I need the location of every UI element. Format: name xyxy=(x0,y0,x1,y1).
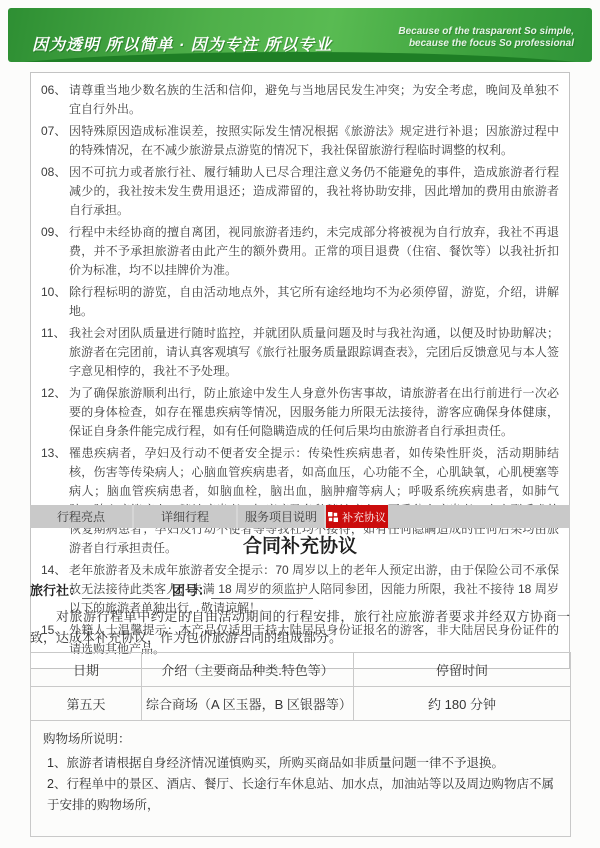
agency-group-form-line: 旅行社：团号： xyxy=(30,580,570,599)
tab-service-items[interactable]: 服务项目说明 xyxy=(238,505,326,528)
terms-item: 11、 我社会对团队质量进行随时监控，并就团队质量问题及时与我社沟通，以便及时协… xyxy=(41,324,559,381)
header-banner: 因为透明 所以简单 · 因为专注 所以专业 Because of the tra… xyxy=(8,8,592,62)
tab-supplementary-agreement[interactable]: 补充协议 xyxy=(326,505,388,528)
header-date: 日期 xyxy=(31,653,142,687)
agreement-title: 合同补充协议 xyxy=(0,531,600,558)
terms-item-text: 因特殊原因造成标准误差，按照实际发生情况根据《旅游法》规定进行补退；因旅游过程中… xyxy=(69,122,559,160)
header-introduction: 介绍（主要商品种类.特色等） xyxy=(142,653,354,687)
terms-item-text: 因不可抗力或者旅行社、履行辅助人已尽合理注意义务仍不能避免的事件，造成旅游者行程… xyxy=(69,163,559,220)
agreement-intro-paragraph: 对旅游行程单中约定的自由活动期间的行程安排，旅行社应旅游者要求并经双方协商一致，… xyxy=(30,606,570,648)
agency-label: 旅行社： xyxy=(30,583,82,598)
terms-item-number: 08、 xyxy=(41,163,69,220)
table-notes-row: 购物场所说明： 1、旅游者请根据自身经济情况谨慎购买，所购买商品如非质量问题一律… xyxy=(31,721,571,837)
terms-item-text: 除行程标明的游览，自由活动地点外，其它所有途经地均不为必须停留，游览，介绍，讲解… xyxy=(69,283,559,321)
terms-item-number: 06、 xyxy=(41,81,69,119)
shopping-arrangement-table: 日期 介绍（主要商品种类.特色等） 停留时间 第五天 综合商场（A 区玉器，B … xyxy=(30,652,571,837)
terms-item: 08、 因不可抗力或者旅行社、履行辅助人已尽合理注意义务仍不能避免的事件，造成旅… xyxy=(41,163,559,220)
banner-slogan-en-line2: because the focus So professional xyxy=(398,38,574,50)
shopping-note-1: 1、旅游者请根据自身经济情况谨慎购买，所购买商品如非质量问题一律不予退换。 xyxy=(47,753,560,774)
tab-detailed-itinerary[interactable]: 详细行程 xyxy=(134,505,238,528)
cell-stay-duration: 约 180 分钟 xyxy=(354,687,571,721)
terms-item: 09、 行程中未经协商的擅自离团，视同旅游者违约，未完成部分将被视为自行放弃，我… xyxy=(41,223,559,280)
group-number-blank-field[interactable] xyxy=(211,585,313,599)
tabbar-filler xyxy=(388,505,570,528)
terms-item-number: 12、 xyxy=(41,384,69,441)
terms-item: 07、 因特殊原因造成标准误差，按照实际发生情况根据《旅游法》规定进行补退；因旅… xyxy=(41,122,559,160)
terms-item-number: 11、 xyxy=(41,324,69,381)
tab-supplementary-agreement-label: 补充协议 xyxy=(342,509,386,525)
table-header-row: 日期 介绍（主要商品种类.特色等） 停留时间 xyxy=(31,653,571,687)
table-row: 第五天 综合商场（A 区玉器，B 区银器等） 约 180 分钟 xyxy=(31,687,571,721)
group-number-label: 团号： xyxy=(172,583,211,598)
banner-slogan-en-line1: Because of the trasparent So simple, xyxy=(398,26,574,38)
terms-item-number: 09、 xyxy=(41,223,69,280)
terms-item: 06、 请尊重当地少数名族的生活和信仰，避免与当地居民发生冲突；为安全考虑，晚间… xyxy=(41,81,559,119)
agency-blank-field[interactable] xyxy=(82,585,170,599)
terms-item: 12、 为了确保旅游顺利出行，防止旅途中发生人身意外伤害事故，请旅游者在出行前进… xyxy=(41,384,559,441)
grid-squares-icon xyxy=(328,512,338,522)
terms-item-number: 10、 xyxy=(41,283,69,321)
terms-item-text: 我社会对团队质量进行随时监控，并就团队质量问题及时与我社沟通，以便及时协助解决；… xyxy=(69,324,559,381)
terms-item: 10、 除行程标明的游览，自由活动地点外，其它所有途经地均不为必须停留，游览，介… xyxy=(41,283,559,321)
shopping-notes-cell: 购物场所说明： 1、旅游者请根据自身经济情况谨慎购买，所购买商品如非质量问题一律… xyxy=(31,721,571,837)
shopping-note-2: 2、行程单中的景区、酒店、餐厅、长途行车休息站、加水点，加油站等以及周边购物店不… xyxy=(47,774,560,816)
tab-itinerary-highlights[interactable]: 行程亮点 xyxy=(30,505,134,528)
banner-slogan-en: Because of the trasparent So simple, bec… xyxy=(398,26,574,50)
terms-item-text: 请尊重当地少数名族的生活和信仰，避免与当地居民发生冲突；为安全考虑，晚间及单独不… xyxy=(69,81,559,119)
shopping-notes-title: 购物场所说明： xyxy=(43,729,560,747)
terms-item-text: 为了确保旅游顺利出行，防止旅途中发生人身意外伤害事故，请旅游者在出行前进行一次必… xyxy=(69,384,559,441)
cell-introduction: 综合商场（A 区玉器，B 区银器等） xyxy=(142,687,354,721)
cell-date: 第五天 xyxy=(31,687,142,721)
header-stay-duration: 停留时间 xyxy=(354,653,571,687)
terms-item-number: 07、 xyxy=(41,122,69,160)
terms-item-text: 行程中未经协商的擅自离团，视同旅游者违约，未完成部分将被视为自行放弃，我社不再退… xyxy=(69,223,559,280)
section-tabbar: 行程亮点 详细行程 服务项目说明 补充协议 xyxy=(30,505,570,528)
